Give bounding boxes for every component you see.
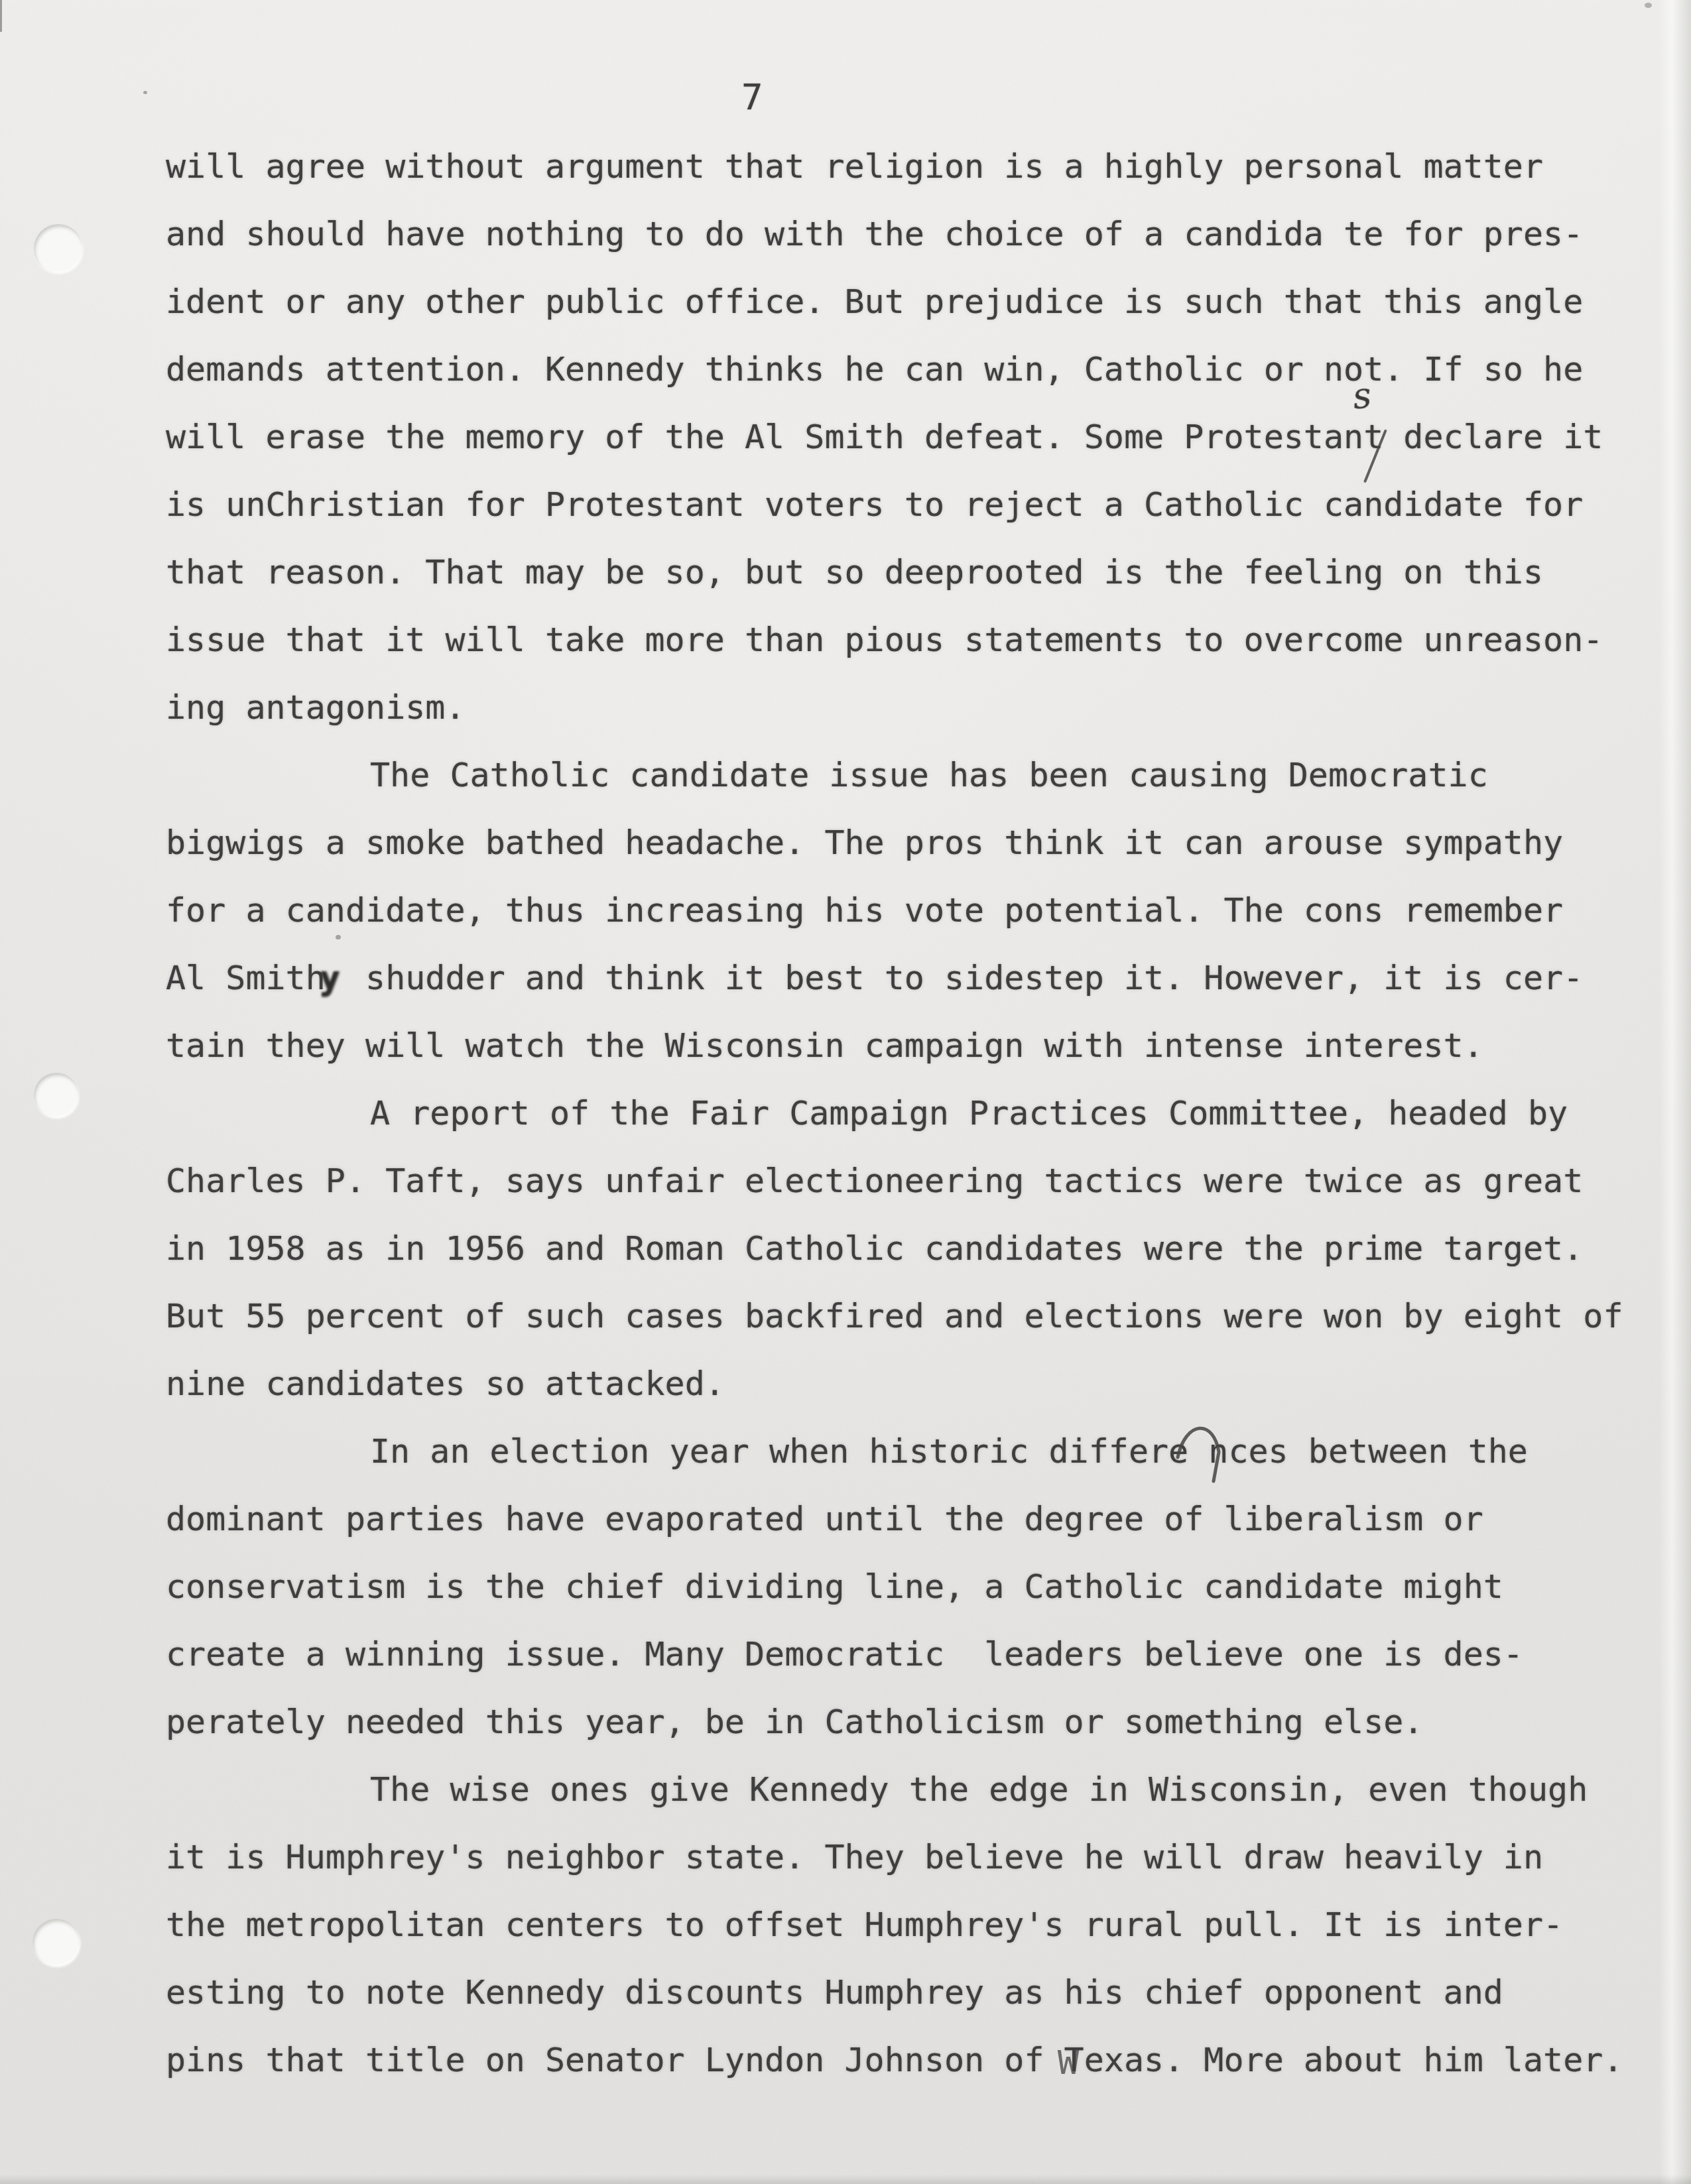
text-line: The wise ones give Kennedy the edge in W… xyxy=(166,1756,1605,1823)
text-line: bigwigs a smoke bathed headache. The pro… xyxy=(166,809,1605,877)
punch-hole-middle xyxy=(34,1073,79,1118)
text-line: In an election year when historic differ… xyxy=(166,1418,1605,1485)
text-line: demands attention. Kennedy thinks he can… xyxy=(166,335,1605,403)
text-line: Charles P. Taft, says unfair electioneer… xyxy=(166,1147,1605,1215)
text-line: nine candidates so attacked. xyxy=(166,1350,1605,1418)
ink-speck xyxy=(143,91,147,94)
text-line: dominant parties have evaporated until t… xyxy=(166,1485,1605,1553)
document-body: will agree without argument that religio… xyxy=(166,133,1605,2094)
text-line: The Catholic candidate issue has been ca… xyxy=(166,741,1605,809)
text-line: will erase the memory of the Al Smith de… xyxy=(166,403,1605,471)
closeup-tie-icon xyxy=(1172,1416,1231,1485)
struck-over-letter: y xyxy=(320,961,340,995)
text-line: the metropolitan centers to offset Humph… xyxy=(166,1891,1605,1959)
handwritten-inserted-s: s xyxy=(1351,377,1373,415)
text-line: But 55 percent of such cases backfired a… xyxy=(166,1282,1605,1350)
paragraph: A report of the Fair Campaign Practices … xyxy=(166,1079,1605,1418)
text-line: and should have nothing to do with the c… xyxy=(166,200,1605,268)
text-line: esting to note Kennedy discounts Humphre… xyxy=(166,1959,1605,2026)
text-line: perately needed this year, be in Catholi… xyxy=(166,1688,1605,1756)
scan-edge-mark xyxy=(0,0,2,32)
text-line: pins that title on Senator Lyndon Johnso… xyxy=(166,2026,1605,2094)
text-line: will agree without argument that religio… xyxy=(166,133,1605,200)
overstruck-w-under-texas: W xyxy=(1058,2046,1080,2079)
text-line: that reason. That may be so, but so deep… xyxy=(166,538,1605,606)
text-line: for a candidate, thus increasing his vot… xyxy=(166,877,1605,944)
text-line: in 1958 as in 1956 and Roman Catholic ca… xyxy=(166,1215,1605,1282)
text-line: tain they will watch the Wisconsin campa… xyxy=(166,1012,1605,1079)
punch-hole-top xyxy=(34,224,83,273)
paragraph: The Catholic candidate issue has been ca… xyxy=(166,741,1605,1079)
text-line: conservatism is the chief dividing line,… xyxy=(166,1553,1605,1620)
text-line: ing antagonism. xyxy=(166,674,1605,741)
text-line: is unChristian for Protestant voters to … xyxy=(166,471,1605,538)
text-line: Al Smith shudder and think it best to si… xyxy=(166,944,1605,1012)
punch-hole-bottom xyxy=(32,1919,80,1967)
paragraph: In an election year when historic differ… xyxy=(166,1418,1605,1756)
scanned-document-page: 7 will agree without argument that relig… xyxy=(0,0,1691,2184)
page-number: 7 xyxy=(741,80,763,115)
text-line: create a winning issue. Many Democratic … xyxy=(166,1620,1605,1688)
text-line: it is Humphrey's neighbor state. They be… xyxy=(166,1823,1605,1891)
text-line: ident or any other public office. But pr… xyxy=(166,268,1605,335)
ink-speck xyxy=(1645,3,1652,8)
paper-edge-right xyxy=(1659,0,1691,2184)
text-line: issue that it will take more than pious … xyxy=(166,606,1605,674)
text-line: A report of the Fair Campaign Practices … xyxy=(166,1079,1605,1147)
paper-edge-bottom xyxy=(0,2175,1691,2184)
paragraph: The wise ones give Kennedy the edge in W… xyxy=(166,1756,1605,2094)
paragraph: will agree without argument that religio… xyxy=(166,133,1605,741)
